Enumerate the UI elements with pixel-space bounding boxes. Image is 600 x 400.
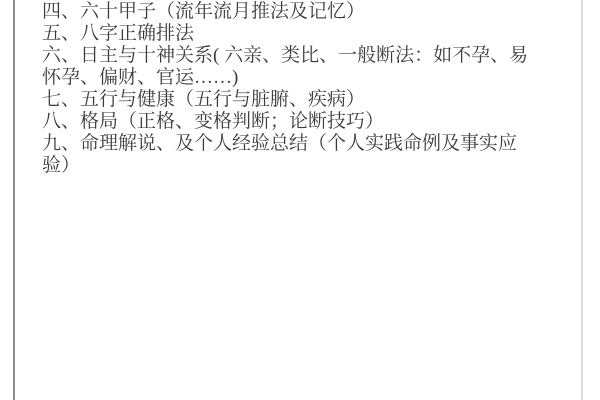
outline-line-7: 七、五行与健康（五行与脏腑、疾病） — [42, 89, 562, 111]
document-page: 四、六十甲子（流年流月推法及记忆） 五、八字正确排法 六、日主与十神关系( 六亲… — [0, 0, 600, 400]
left-border-line — [13, 0, 15, 400]
outline-line-8: 八、格局（正格、变格判断；论断技巧） — [42, 111, 562, 133]
outline-text-block: 四、六十甲子（流年流月推法及记忆） 五、八字正确排法 六、日主与十神关系( 六亲… — [42, 1, 562, 177]
outline-line-4: 四、六十甲子（流年流月推法及记忆） — [42, 1, 562, 23]
outline-line-9: 九、命理解说、及个人经验总结（个人实践命例及事实应 — [42, 133, 562, 155]
outline-line-6: 六、日主与十神关系( 六亲、类比、一般断法：如不孕、易 — [42, 45, 562, 67]
outline-line-6-cont: 怀孕、偏财、官运……) — [42, 67, 562, 89]
outline-line-5: 五、八字正确排法 — [42, 23, 562, 45]
right-border-line — [581, 0, 583, 400]
outline-line-9-cont: 验） — [42, 155, 562, 177]
